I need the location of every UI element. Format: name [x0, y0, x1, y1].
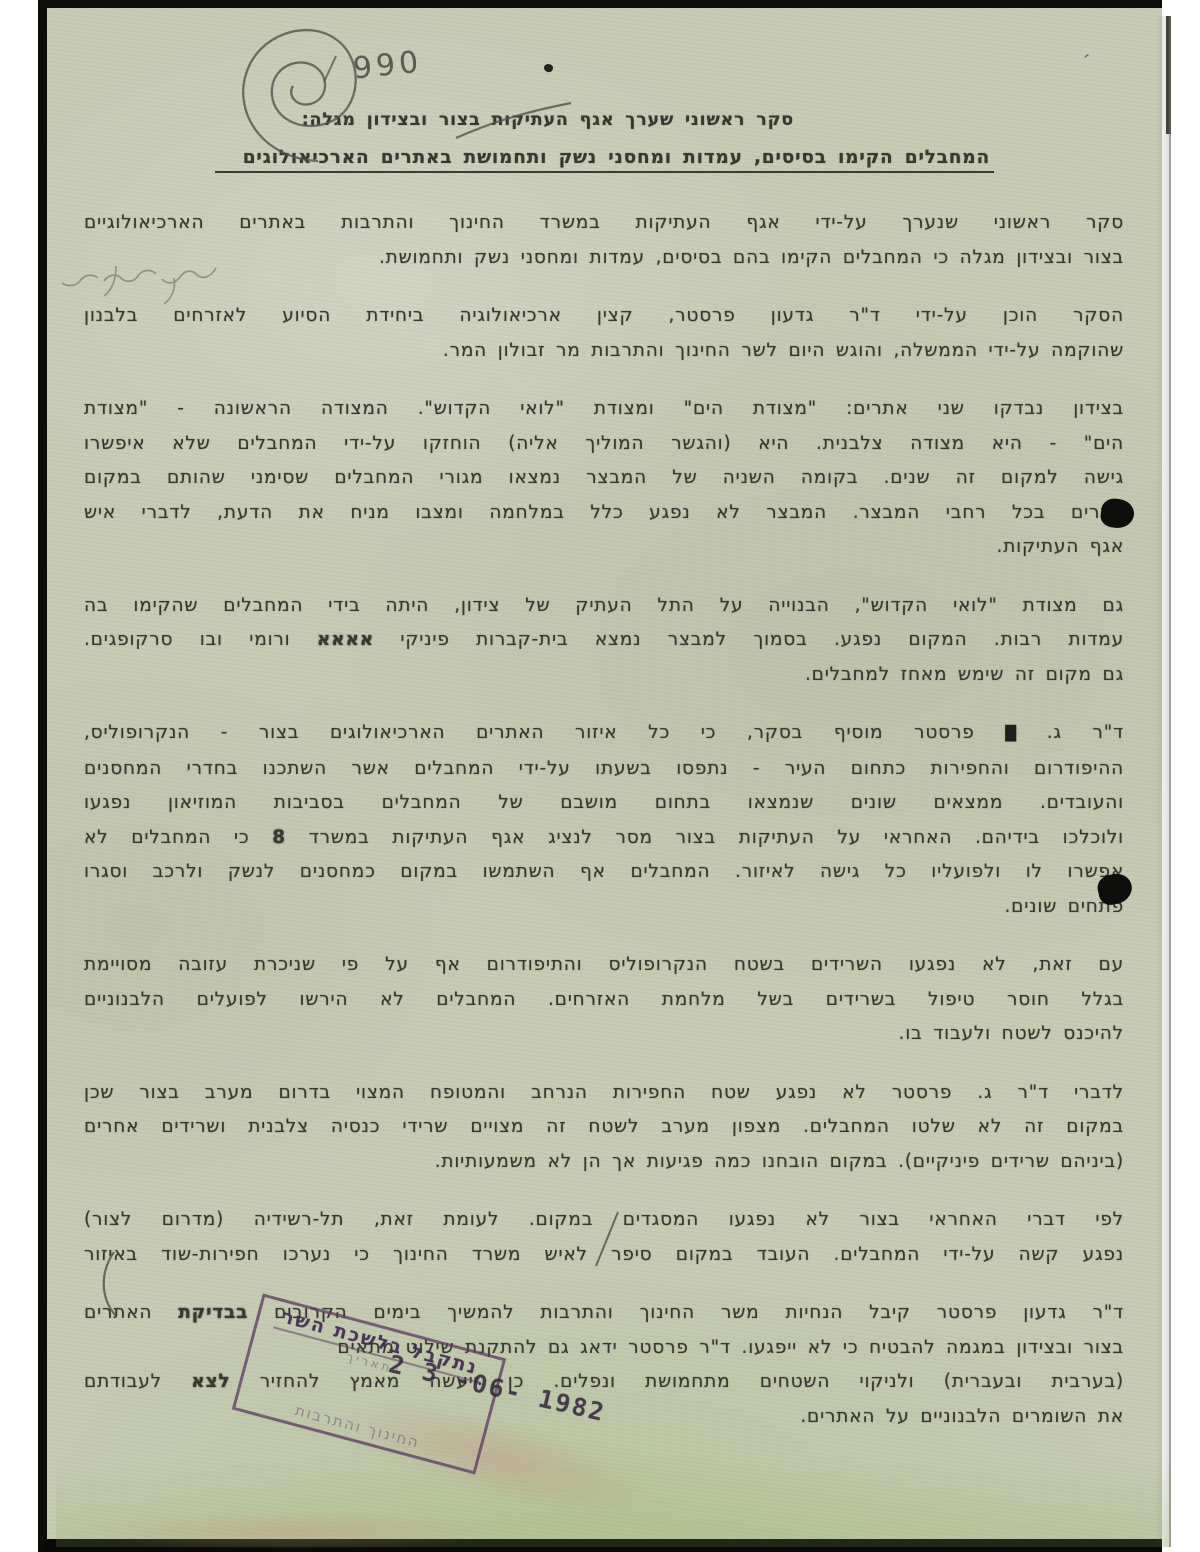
typed-line: גישה למקום זה שנים. בקומה השניה של המבצר… [84, 461, 1124, 496]
typed-line: בצור ובצידון מגלה כי המחבלים הקימו בהם ב… [84, 241, 1124, 276]
typed-text: סקר ראשוני שערך אגף העתיקות בצור ובצידון… [84, 102, 1124, 1458]
typed-line: בצור ובצידון במגמה להבטיח כי לא ייפגעו. … [84, 1331, 1124, 1366]
overtype-blot: 8 [272, 827, 286, 848]
overtype-bold-word: לצא [191, 1371, 230, 1392]
typed-line: ולוכלכו בידיהם. האחראי על העתיקות בצור מ… [84, 821, 1124, 856]
typed-line: אפשרו לו ולפועליו כל גישה לאיזור. המחבלי… [84, 855, 1124, 890]
typed-line: במקום זה לא שלטו המחבלים. מצפון מערב לשט… [84, 1110, 1124, 1145]
typed-line: סקר ראשוני שנערך על-ידי אגף העתיקות במשר… [84, 206, 1124, 241]
paper-content: סקר ראשוני שערך אגף העתיקות בצור ובצידון… [56, 16, 1171, 1547]
paragraph: בצידון נבדקו שני אתרים: "מצודת הים" ומצו… [84, 392, 1124, 565]
typed-line: ההיפודרום והחפירות כתחום העיר - נתפסו בש… [84, 752, 1124, 787]
line-segment: עמדות רבות. המקום נפגע. בסמוך למבצר נמצא… [374, 629, 1124, 650]
typed-line: לפי דברי האחראי בצור לא נפגעו המסגדים במ… [84, 1203, 1124, 1238]
typed-line: עמדות רבות. המקום נפגע. בסמוך למבצר נמצא… [84, 623, 1124, 658]
paper-edge-shade [1155, 16, 1171, 1547]
document-title-line1: סקר ראשוני שערך אגף העתיקות בצור ובצידון… [84, 102, 794, 139]
typed-line: לדברי ד"ר ג. פרסטר לא נפגע שטח החפירות ה… [84, 1076, 1124, 1111]
typed-line: אגף העתיקות. [84, 530, 1124, 565]
pen-tick-mark: ׳ [1080, 45, 1093, 70]
overtype-bold-word: בבדיקת [178, 1302, 248, 1323]
line-segment: ד"ר ג. [1016, 722, 1124, 743]
paragraph: הסקר הוכן על-ידי ד"ר גדעון פרסטר, קצין א… [84, 299, 1124, 368]
scanned-document-page: סקר ראשוני שערך אגף העתיקות בצור ובצידון… [0, 0, 1200, 1552]
typed-line: בגלל חוסר טיפול בשרידים בשל מלחמת האזרחי… [84, 983, 1124, 1018]
line-segment: לעבודתם [84, 1371, 191, 1392]
overtype-blot: אאאא [317, 629, 374, 650]
paragraph: גם מצודת "לואי הקדוש", הבנוייה על התל הע… [84, 589, 1124, 693]
typed-line: הים" - היא מצודה צלבנית. היא (והגשר המול… [84, 427, 1124, 462]
paragraph: סקר ראשוני שנערך על-ידי אגף העתיקות במשר… [84, 206, 1124, 275]
typed-line: גם מצודת "לואי הקדוש", הבנוייה על התל הע… [84, 589, 1124, 624]
ink-blot: █ [1005, 726, 1016, 742]
line-segment: האתרים [84, 1302, 178, 1323]
typed-line: פתחים שונים. [84, 890, 1124, 925]
pen-slash [324, 56, 336, 82]
ink-dot [543, 63, 554, 74]
hole-punch-mark [1099, 497, 1136, 530]
typed-line: ניכרים בכל רחבי המבצר. המבצר לא נפגע כלל… [84, 496, 1124, 531]
line-segment: ורומי ובו סרקופגים. [84, 629, 317, 650]
paragraph: ד"ר ג. █ פרסטר מוסיף בסקר, כי כל איזור ה… [84, 716, 1124, 924]
typed-line: שהוקמה על-ידי הממשלה, והוגש היום לשר החי… [84, 334, 1124, 369]
typed-line: נפגע קשה על-ידי המחבלים. העובד במקום סיפ… [84, 1238, 1124, 1273]
paragraph: לפי דברי האחראי בצור לא נפגעו המסגדים במ… [84, 1203, 1124, 1272]
typed-line: גם מקום זה שימש מאחז למחבלים. [84, 658, 1124, 693]
line-segment: ולוכלכו בידיהם. האחראי על העתיקות בצור מ… [286, 827, 1124, 848]
typed-line: עם זאת, לא נפגעו השרידים בשטח הנקרופוליס… [84, 948, 1124, 983]
line-segment: ד"ר גדעון פרסטר קיבל הנחיות משר החינוך ו… [248, 1302, 1124, 1323]
line-segment: כי המחבלים לא [84, 827, 272, 848]
paper-tint-pink [76, 1511, 506, 1551]
paragraph: עם זאת, לא נפגעו השרידים בשטח הנקרופוליס… [84, 948, 1124, 1052]
line-segment: פרסטר מוסיף בסקר, כי כל איזור האתרים האר… [84, 722, 1005, 743]
underlined-subtitle: המחבלים הקימו בסיסים, עמדות ומחסני נשק ו… [215, 147, 994, 173]
document-title-line2: המחבלים הקימו בסיסים, עמדות ומחסני נשק ו… [84, 139, 994, 176]
typed-line: להיכנס לשטח ולעבוד בו. [84, 1017, 1124, 1052]
typed-line: בצידון נבדקו שני אתרים: "מצודת הים" ומצו… [84, 392, 1124, 427]
typed-line: (ביניהם שרידים פיניקיים). במקום הובחנו כ… [84, 1145, 1124, 1180]
paper-sheet: סקר ראשוני שערך אגף העתיקות בצור ובצידון… [38, 0, 1162, 1552]
typed-line: ד"ר גדעון פרסטר קיבל הנחיות משר החינוך ו… [84, 1296, 1124, 1331]
paragraph: לדברי ד"ר ג. פרסטר לא נפגע שטח החפירות ה… [84, 1076, 1124, 1180]
typed-line: הסקר הוכן על-ידי ד"ר גדעון פרסטר, קצין א… [84, 299, 1124, 334]
typed-line: ד"ר ג. █ פרסטר מוסיף בסקר, כי כל איזור ה… [84, 716, 1124, 752]
typed-line: והעובדים. ממצאים שונים שנמצאו בתחום מושב… [84, 786, 1124, 821]
handwritten-page-number: 990 [351, 44, 424, 86]
